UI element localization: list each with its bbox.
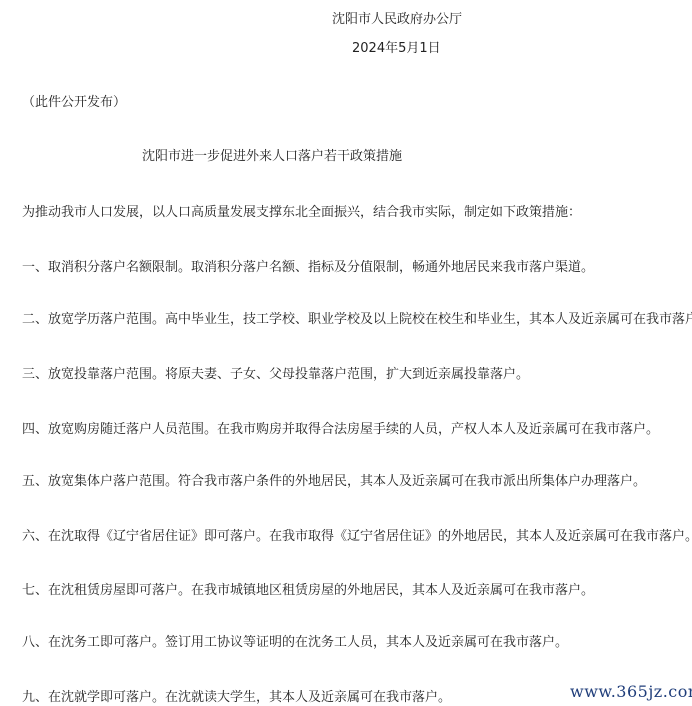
policy-item: 八、在沈务工即可落户。签订用工协议等证明的在沈务工人员，其本人及近亲属可在我市落… bbox=[22, 634, 568, 652]
issue-date: 2024年5月1日 bbox=[352, 40, 441, 58]
document-title: 沈阳市进一步促进外来人口落户若干政策措施 bbox=[142, 148, 402, 166]
policy-item: 九、在沈就学即可落户。在沈就读大学生，其本人及近亲属可在我市落户。 bbox=[22, 689, 451, 706]
publication-note: （此件公开发布） bbox=[22, 94, 126, 112]
policy-item: 一、取消积分落户名额限制。取消积分落户名额、指标及分值限制，畅通外地居民来我市落… bbox=[22, 259, 594, 277]
watermark-text: www.365jz.com bbox=[570, 682, 692, 701]
policy-item: 二、放宽学历落户范围。高中毕业生，技工学校、职业学校及以上院校在校生和毕业生，其… bbox=[22, 311, 692, 329]
policy-item: 四、放宽购房随迁落户人员范围。在我市购房并取得合法房屋手续的人员，产权人本人及近… bbox=[22, 421, 659, 439]
policy-item: 六、在沈取得《辽宁省居住证》即可落户。在我市取得《辽宁省居住证》的外地居民，其本… bbox=[22, 528, 692, 546]
policy-item: 三、放宽投靠落户范围。将原夫妻、子女、父母投靠落户范围，扩大到近亲属投靠落户。 bbox=[22, 366, 529, 384]
intro-paragraph: 为推动我市人口发展，以人口高质量发展支撑东北全面振兴，结合我市实际，制定如下政策… bbox=[22, 204, 581, 222]
policy-item: 五、放宽集体户落户范围。符合我市落户条件的外地居民，其本人及近亲属可在我市派出所… bbox=[22, 473, 646, 491]
issuer-name: 沈阳市人民政府办公厅 bbox=[332, 11, 462, 29]
policy-item: 七、在沈租赁房屋即可落户。在我市城镇地区租赁房屋的外地居民，其本人及近亲属可在我… bbox=[22, 582, 594, 600]
